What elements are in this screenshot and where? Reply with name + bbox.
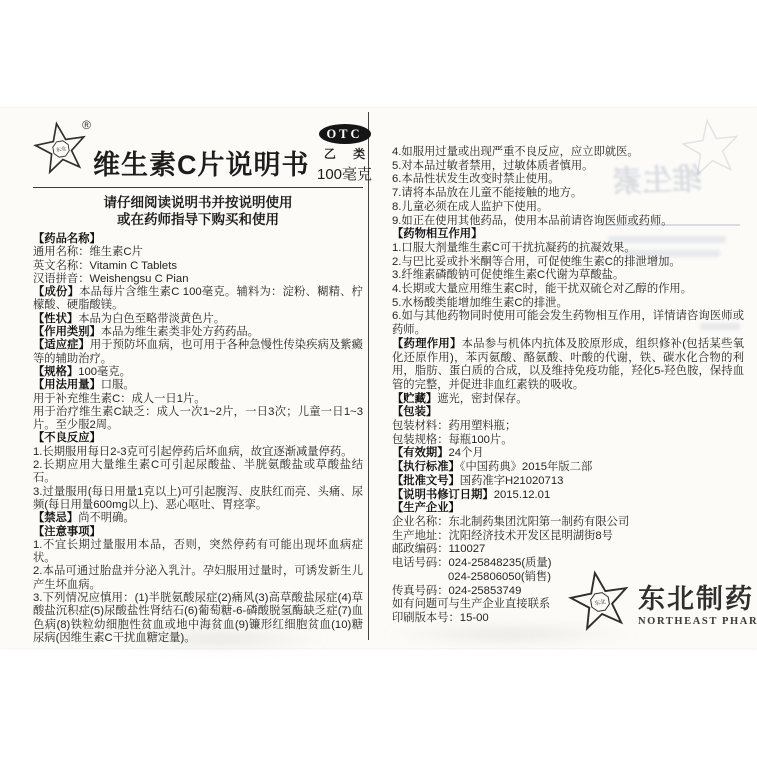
insert-text-line: 7.请将本品放在儿童不能接触的地方。 [392, 187, 744, 201]
insert-text-line: 5.对本品过敏者禁用，过敏体质者慎用。 [392, 160, 744, 174]
insert-text-line: 1.口服大剂量维生素C可干扰抗凝药的抗凝效果。 [392, 242, 744, 256]
insert-text-line: 【说明书修订日期】2015.12.01 [392, 489, 744, 503]
insert-text-line: 英文名称：Vitamin C Tablets [33, 260, 363, 273]
insert-text-line: 4.长期或大量应用维生素C时，能干扰双硫仑对乙醇的作用。 [392, 283, 744, 297]
usage-notice-line1: 请仔细阅读说明书并按说明使用 [33, 194, 363, 211]
usage-notice-line2: 或在药师指导下购买和使用 [33, 211, 363, 228]
otc-block: OTC 乙 类 100毫克 [310, 124, 380, 184]
header-rule [33, 187, 363, 188]
northeast-pharm-star-logo: 东北 ® [33, 120, 93, 184]
strength-label: 100毫克 [310, 163, 380, 184]
insert-text-line: 6.本品性状发生改变时禁止使用。 [392, 173, 744, 187]
insert-text-line: 【注意事项】 [33, 526, 363, 539]
insert-text-line: 用于治疗维生素C缺乏：成人一次1~2片，一日3次；儿童一日1~3片。至少服2周。 [33, 406, 363, 433]
insert-text-line: 1.长期服用每日2-3克可引起停药后坏血病，故宜逐渐减量停药。 [33, 446, 363, 459]
insert-text-line: 【性状】本品为白色至略带淡黄色片。 [33, 313, 363, 326]
right-column: 4.如服用过量或出现严重不良反应，应立即就医。5.对本品过敏者禁用，过敏体质者慎… [392, 108, 744, 626]
insert-text-line: 【不良反应】 [33, 432, 363, 445]
brand-name-en: NORTHEAST PHARM [638, 616, 757, 627]
insert-text-line: 【药物相互作用】 [392, 228, 744, 242]
insert-text-line: 汉语拼音：Weishengsu C Pian [33, 273, 363, 286]
insert-text-line: 【批准文号】国药准字H21020713 [392, 475, 744, 489]
insert-text-line: 1.不宜长期过量服用本品，否则，突然停药有可能出现坏血病症状。 [33, 539, 363, 566]
insert-text-line: 【成份】本品每片含维生素C 100毫克。辅料为：淀粉、糊精、柠檬酸、硬脂酸镁。 [33, 286, 363, 313]
insert-text-line: 【包装】 [392, 406, 744, 420]
usage-notice: 请仔细阅读说明书并按说明使用 或在药师指导下购买和使用 [33, 194, 363, 228]
insert-text-line: 3.纤维素磷酸钠可促使维生素C代谢为草酸盐。 [392, 269, 744, 283]
brand-emblem-text: 东北 [594, 597, 607, 607]
otc-badge: OTC [319, 124, 371, 144]
insert-text-line: 4.如服用过量或出现严重不良反应，应立即就医。 [392, 146, 744, 160]
insert-text-line: 【贮藏】遮光，密封保存。 [392, 393, 744, 407]
insert-text-line: 【禁忌】尚不明确。 [33, 512, 363, 525]
insert-text-line: 3.下列情况应慎用：(1)半胱氨酸尿症(2)痛风(3)高草酸盐尿症(4)草酸盐沉… [33, 592, 363, 645]
scanned-insert-image: 维生素 东北 ® 维生素C片说明书 OTC 乙 类 [0, 0, 757, 757]
page-title: 维生素C片说明书 [93, 143, 310, 182]
insert-text-line: 【用法用量】口服。 [33, 379, 363, 392]
column-divider [368, 112, 369, 640]
insert-text-line: 8.儿童必须在成人监护下使用。 [392, 201, 744, 215]
insert-text-line: 【规格】100毫克。 [33, 366, 363, 379]
insert-text-line: 【执行标准】《中国药典》2015年版二部 [392, 461, 744, 475]
insert-text-line: 【生产企业】 [392, 502, 744, 516]
insert-text-line: 生产地址：沈阳经济技术开发区昆明湖街8号 [392, 530, 744, 544]
left-column: 东北 ® 维生素C片说明书 OTC 乙 类 100毫克 请仔细阅读说明书并按说明… [33, 120, 363, 645]
insert-text-line: 2.本品可通过胎盘并分泌入乳汁。孕妇服用过量时，可诱发新生儿产生坏血病。 [33, 565, 363, 592]
insert-text-line: 6.如与其他药物同时使用可能会发生药物相互作用，详情请咨询医师或药师。 [392, 310, 744, 337]
insert-text-line: 用于补充维生素C：成人一日1片。 [33, 393, 363, 406]
header: 东北 ® 维生素C片说明书 OTC 乙 类 100毫克 [33, 120, 363, 184]
insert-text-line: 包装规格：每瓶100片。 [392, 434, 744, 448]
brand-name-cn: 东北制药 [638, 577, 757, 616]
insert-text-line: 通用名称：维生素C片 [33, 246, 363, 259]
insert-text-line: 【药理作用】本品参与机体内抗体及胶原形成，组织修补(包括某些氧化还原作用)，苯丙… [392, 338, 744, 393]
insert-text-line: 包装材料：药用塑料瓶； [392, 420, 744, 434]
insert-text-line: 2.与巴比妥或扑米酮等合用，可促使维生素C的排泄增加。 [392, 256, 744, 270]
insert-text-line: 企业名称：东北制药集团沈阳第一制药有限公司 [392, 516, 744, 530]
left-column-text: 【药品名称】通用名称：维生素C片英文名称：Vitamin C Tablets汉语… [33, 233, 363, 645]
star-emblem-text: 东北 [56, 145, 67, 154]
insert-text-line: 电话号码：024-25848235(质量) [392, 557, 744, 571]
insert-text-line: 邮政编码：110027 [392, 543, 744, 557]
right-column-text: 4.如服用过量或出现严重不良反应，应立即就医。5.对本品过敏者禁用，过敏体质者慎… [392, 108, 744, 626]
northeast-pharm-brand: 东北 东北制药 NORTHEAST PHARM [568, 570, 757, 634]
insert-text-line: 2.长期应用大量维生素C可引起尿酸盐、半胱氨酸盐或草酸盐结石。 [33, 459, 363, 486]
insert-text-line: 【药品名称】 [33, 233, 363, 246]
brand-star-icon: 东北 [563, 565, 637, 639]
insert-text-line: 【适应症】用于预防坏血病，也可用于各种急慢性传染疾病及紫癜等的辅助治疗。 [33, 339, 363, 366]
insert-text-line: 9.如正在使用其他药品，使用本品前请咨询医师或药师。 [392, 215, 744, 229]
insert-text-line: 【有效期】24个月 [392, 447, 744, 461]
insert-text-line: 5.水杨酸类能增加维生素C的排泄。 [392, 297, 744, 311]
registered-trademark-symbol: ® [82, 118, 91, 132]
insert-text-line: 【作用类别】本品为维生素类非处方药药品。 [33, 326, 363, 339]
brand-text: 东北制药 NORTHEAST PHARM [638, 577, 757, 627]
insert-text-line: 3.过量服用(每日用量1克以上)可引起腹泻、皮肤红而亮、头痛、尿频(每日用量60… [33, 486, 363, 513]
otc-class-label: 乙 类 [317, 145, 380, 162]
insert-paper: 维生素 东北 ® 维生素C片说明书 OTC 乙 类 [0, 108, 757, 648]
